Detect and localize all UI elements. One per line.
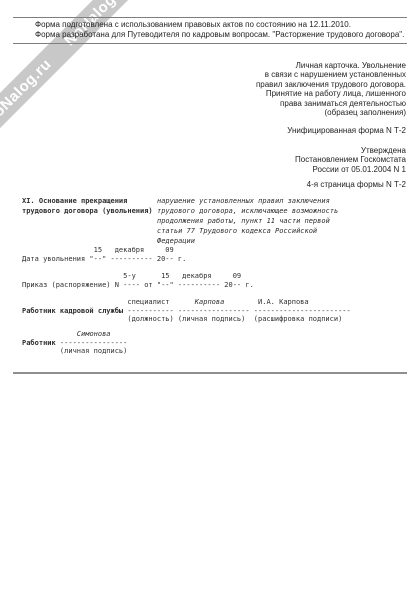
hr-officer-signature: Карпова [195, 298, 225, 306]
hr-officer-rule-line: Работник кадровой службы ----------- ---… [22, 307, 351, 316]
employee-signature-row: СимоноваРаботник ---------------- (лична… [22, 330, 127, 356]
approval-line: Утверждена [256, 146, 406, 155]
section-xi-heading: XI. Основание прекращения трудового дого… [22, 196, 153, 216]
order-line: Приказ (распоряжение) N ---- от "--" ---… [22, 281, 254, 290]
note-paragraph-1: Форма подготовлена с использованием прав… [13, 20, 407, 30]
dismissal-date-line: Дата увольнения "--" ---------- 20-- г. [22, 255, 186, 264]
note-box: Форма подготовлена с использованием прав… [13, 17, 407, 44]
order-row: 5-у 15 декабря 09Приказ (распоряжение) N… [22, 272, 254, 289]
bottom-rule [13, 372, 407, 374]
document-page: NoNalog.ru NoNalog.ru Форма подготовлена… [0, 0, 420, 600]
title-line: (образец заполнения) [256, 108, 406, 117]
title-line: Принятие на работу лица, лишенного [256, 89, 406, 98]
employee-rule-line: Работник ---------------- [22, 339, 127, 348]
hr-officer-position-value: специалист [22, 298, 195, 306]
order-values: 5-у 15 декабря 09 [22, 272, 254, 281]
hr-officer-signature-row: специалист Карпова И.А. КарповаРаботник … [22, 298, 351, 324]
employee-signature: Симонова [77, 330, 111, 338]
dismissal-date-row: 15 декабря 09Дата увольнения "--" ------… [22, 246, 186, 263]
watermark-text: NoNalog.ru [0, 56, 55, 129]
note-paragraph-2: Форма разработана для Путеводителя по ка… [13, 30, 407, 40]
title-line: правил заключения трудового договора. [256, 80, 406, 89]
hr-officer-values-line: специалист Карпова И.А. Карпова [22, 298, 351, 307]
employee-values-line: Симонова [22, 330, 127, 339]
title-line: Личная карточка. Увольнение [256, 61, 406, 70]
title-block: Личная карточка. Увольнение в связи с на… [256, 61, 406, 189]
employee-signature-pad [22, 330, 77, 338]
employee-label: Работник [22, 339, 56, 347]
page-label: 4-я страница формы N Т-2 [256, 180, 406, 189]
hr-officer-captions: (должность) (личная подпись) (расшифровк… [22, 315, 351, 324]
approval-line: России от 05.01.2004 N 1 [256, 165, 406, 174]
employee-dashes: ---------------- [56, 339, 128, 347]
title-line: права заниматься деятельностью [256, 99, 406, 108]
hr-officer-dashes: ----------- ----------------- ----------… [123, 307, 351, 315]
dismissal-date-values: 15 декабря 09 [22, 246, 186, 255]
hr-officer-label: Работник кадровой службы [22, 307, 123, 315]
section-xi-reason: нарушение установленных правил заключени… [157, 196, 338, 246]
approval-line: Постановлением Госкомстата [256, 155, 406, 164]
employee-caption: (личная подпись) [22, 347, 127, 356]
title-line: в связи с нарушением установленных [256, 70, 406, 79]
form-name: Унифицированная форма N Т-2 [256, 126, 406, 135]
approval-block: Утверждена Постановлением Госкомстата Ро… [256, 146, 406, 174]
hr-officer-name-value: И.А. Карпова [224, 298, 308, 306]
